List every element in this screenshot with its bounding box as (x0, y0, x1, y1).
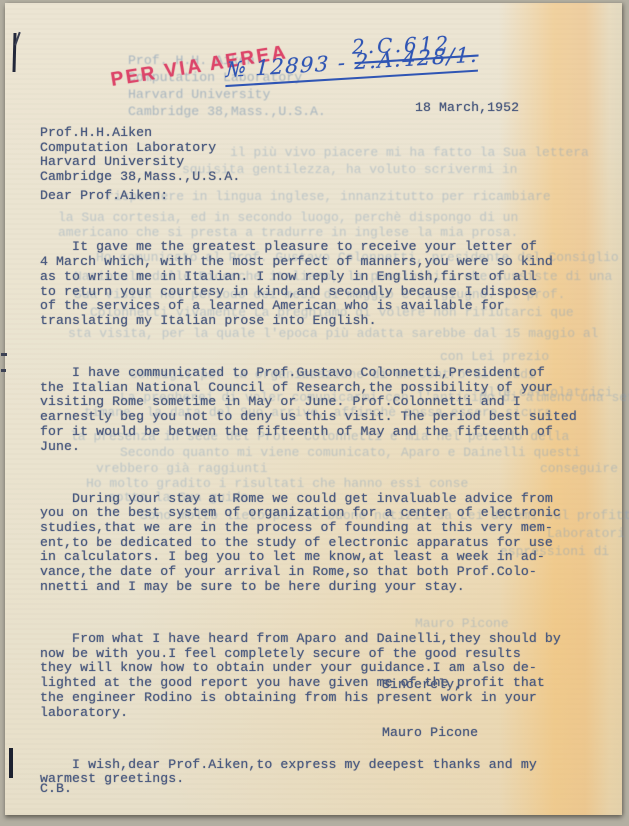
letter-date: 18 March,1952 (415, 101, 519, 116)
letter-body: It gave me the greatest pleasure to rece… (40, 211, 588, 824)
closing-valediction: Sincerely, (382, 678, 462, 693)
letter-paragraph: From what I have heard from Aparo and Da… (40, 632, 588, 720)
staple-mark-bottom (9, 748, 13, 778)
staple-mark-middle (1, 353, 7, 356)
staple-mark-middle (1, 369, 6, 372)
recipient-address-block: Prof.H.H.Aiken Computation Laboratory Ha… (40, 126, 240, 184)
typist-initials: C.B. (40, 782, 72, 797)
signature-name: Mauro Picone (382, 726, 478, 741)
scanned-letter-page: il più vivo piacere mi ha fatto la Sua l… (0, 0, 629, 826)
letter-paragraph: During your stay at Rome we could get in… (40, 492, 588, 595)
letter-paragraph: I have communicated to Prof.Gustavo Colo… (40, 366, 588, 454)
letter-paragraph: It gave me the greatest pleasure to rece… (40, 240, 588, 328)
letter-paragraph: I wish,dear Prof.Aiken,to express my dee… (40, 758, 588, 787)
salutation: Dear Prof.Aiken: (40, 189, 168, 204)
